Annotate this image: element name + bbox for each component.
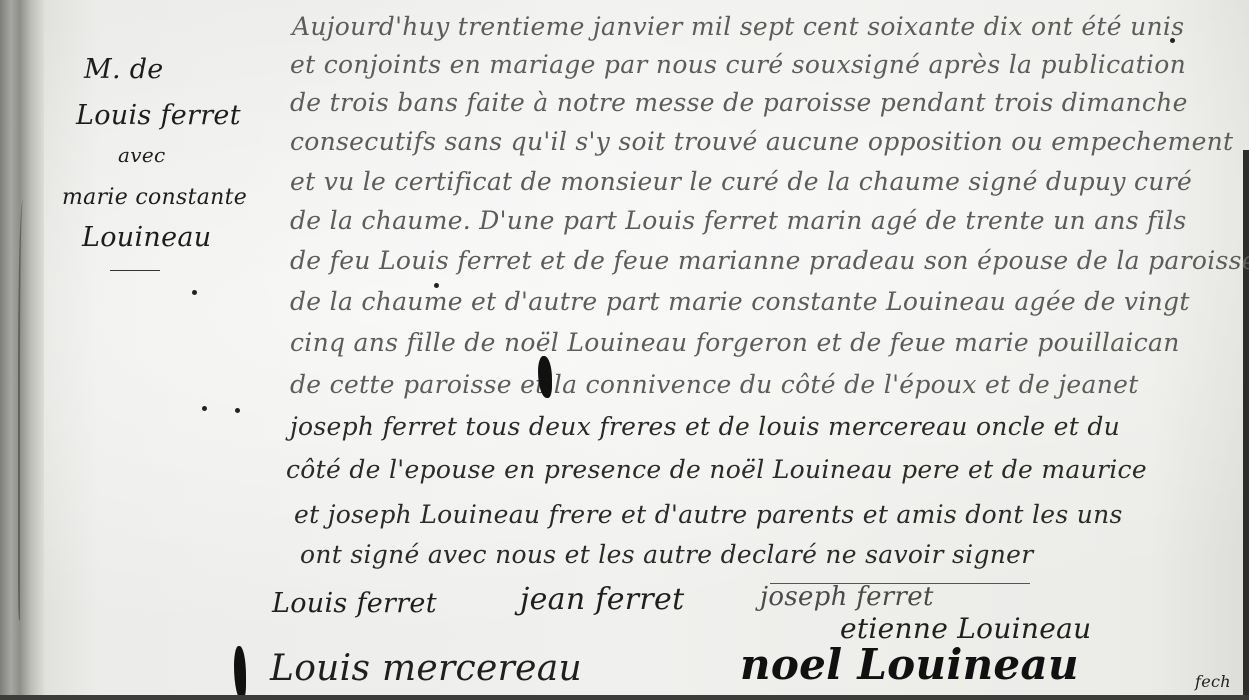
margin-underline xyxy=(110,270,160,271)
body-line: de la chaume et d'autre part marie const… xyxy=(290,287,1190,316)
body-line: ont signé avec nous et les autre declaré… xyxy=(300,540,1034,569)
signature: joseph ferret xyxy=(760,582,934,612)
margin-line: M. de xyxy=(84,54,164,85)
margin-line: Louineau xyxy=(82,222,211,253)
signature: Louis ferret xyxy=(272,588,437,619)
margin-line: Louis ferret xyxy=(76,100,241,131)
body-line: et joseph Louineau frere et d'autre pare… xyxy=(294,500,1123,529)
body-line: côté de l'epouse en presence de noël Lou… xyxy=(286,455,1147,484)
body-line: de cette paroisse et la connivence du cô… xyxy=(290,370,1139,399)
body-line: de la chaume. D'une part Louis ferret ma… xyxy=(290,206,1186,235)
page-right-edge xyxy=(1243,150,1249,700)
binding-gutter xyxy=(0,0,44,700)
signature: jean ferret xyxy=(520,582,684,617)
ink-blot xyxy=(234,646,246,700)
body-line: consecutifs sans qu'il s'y soit trouvé a… xyxy=(290,127,1233,156)
signature: noel Louineau xyxy=(740,640,1079,689)
body-line: joseph ferret tous deux freres et de lou… xyxy=(290,412,1120,441)
signature-flourish xyxy=(770,583,1030,584)
ink-speck xyxy=(434,283,439,288)
margin-line: marie constante xyxy=(62,185,247,210)
body-line: de feu Louis ferret et de feue marianne … xyxy=(290,246,1249,275)
manuscript-page: M. de Louis ferret avec marie constante … xyxy=(0,0,1249,700)
body-line: Aujourd'huy trentieme janvier mil sept c… xyxy=(292,12,1184,41)
ink-speck xyxy=(235,408,240,413)
ink-speck xyxy=(192,290,197,295)
signature: fech xyxy=(1195,672,1231,691)
body-line: de trois bans faite à notre messe de par… xyxy=(290,88,1188,117)
body-line: et conjoints en mariage par nous curé so… xyxy=(290,50,1186,79)
scan-bottom-edge xyxy=(0,695,1249,700)
margin-line: avec xyxy=(118,143,165,167)
ink-speck xyxy=(202,406,207,411)
ink-speck xyxy=(1170,38,1175,43)
body-line: et vu le certificat de monsieur le curé … xyxy=(290,167,1192,196)
body-line: cinq ans fille de noël Louineau forgeron… xyxy=(290,328,1180,357)
binding-stitch-mark xyxy=(18,200,30,620)
signature: Louis mercereau xyxy=(270,648,582,689)
